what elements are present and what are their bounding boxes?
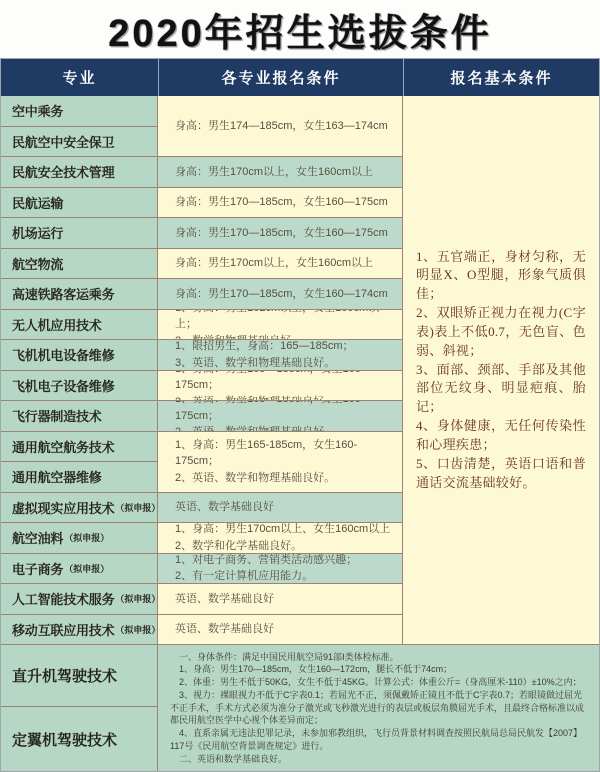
admission-table: 专业 各专业报名条件 报名基本条件 空中乘务 民航空中安全保卫 民航安全技术管理…: [0, 58, 600, 772]
condition-cell: 身高：男生170cm以上，女生160cm以上: [158, 157, 403, 188]
major-name: 通用航空器维修: [12, 467, 102, 486]
major-name: 人工智能技术服务: [12, 589, 114, 608]
major-name: 民航安全技术管理: [12, 162, 114, 181]
condition-cell: 1、限招男生，身高：165—185cm； 3、英语、数学和物理基础良好。: [158, 340, 403, 371]
page: 2020年招生选拔条件 专业 各专业报名条件 报名基本条件 空中乘务 民航空中安…: [0, 0, 600, 772]
pilot-major-cell: 直升机驾驶技术: [1, 645, 158, 707]
condition-cell: 1、身高：男生162cm以上，女生160cm以上； 2、数学和物理基础良好。: [158, 310, 403, 341]
table-body: 空中乘务 民航空中安全保卫 民航安全技术管理 民航运输 机场运行 航空物流 高速…: [1, 96, 599, 645]
major-name: 通用航空航务技术: [12, 437, 114, 456]
major-tag: （拟申报）: [115, 501, 158, 514]
major-name: 移动互联应用技术: [12, 620, 114, 639]
basic-conditions-cell: 1、五官端正，身材匀称，无明显X、O型腿，形象气质俱佳； 2、双眼矫正视力在视力…: [403, 96, 599, 645]
major-name: 无人机应用技术: [12, 315, 102, 334]
major-cell: 空中乘务: [1, 96, 158, 127]
major-cell: 无人机应用技术: [1, 310, 158, 341]
major-cell: 民航空中安全保卫: [1, 127, 158, 158]
major-cell: 通用航空器维修: [1, 462, 158, 493]
condition-cell: 身高：男生170—185cm，女生160—175cm: [158, 218, 403, 249]
condition-cell: 身高：男生170—185cm，女生160—174cm: [158, 279, 403, 310]
major-cell: 机场运行: [1, 218, 158, 249]
major-cell: 飞行器制造技术: [1, 401, 158, 432]
major-name: 飞机电子设备维修: [12, 376, 114, 395]
major-name: 飞行器制造技术: [12, 406, 102, 425]
major-tag: （拟申报）: [115, 623, 158, 636]
major-cell: 高速铁路客运乘务: [1, 279, 158, 310]
major-cell: 飞机电子设备维修: [1, 371, 158, 402]
condition-cell: 1、身高：男生170cm以上、女生160cm以上 2、数学和化学基础良好。: [158, 523, 403, 554]
major-cell: 虚拟现实应用技术（拟申报）: [1, 493, 158, 524]
major-cell: 航空物流: [1, 249, 158, 280]
condition-cell: 1、对电子商务、营销类活动感兴趣； 2、有一定计算机应用能力。: [158, 554, 403, 585]
major-name: 飞机机电设备维修: [12, 345, 114, 364]
major-name: 高速铁路客运乘务: [12, 284, 114, 303]
major-tag: （拟申报）: [64, 562, 109, 575]
major-tag: （拟申报）: [64, 531, 109, 544]
condition-cell: 身高：男生174—185cm，女生163—174cm: [158, 96, 403, 157]
major-name: 虚拟现实应用技术: [12, 498, 114, 517]
major-name: 民航运输: [12, 193, 63, 212]
major-cell: 电子商务（拟申报）: [1, 554, 158, 585]
major-cell: 民航安全技术管理: [1, 157, 158, 188]
pilot-conditions-cell: 一、身体条件：满足中国民用航空局91部Ⅰ类体检标准。 1、身高：男生170—18…: [158, 645, 599, 771]
pilot-section: 直升机驾驶技术 定翼机驾驶技术 一、身体条件：满足中国民用航空局91部Ⅰ类体检标…: [1, 645, 599, 771]
condition-cell: 1、身高：男生165—185cm，女生160—175cm； 2、英语、数学和物理…: [158, 371, 403, 402]
condition-cell: 身高：男生170cm以上，女生160cm以上: [158, 249, 403, 280]
major-name: 机场运行: [12, 223, 63, 242]
col-header-basic-conditions: 报名基本条件: [403, 59, 599, 96]
pilot-major-cell: 定翼机驾驶技术: [1, 707, 158, 771]
major-cell: 民航运输: [1, 188, 158, 219]
major-cell: 通用航空航务技术: [1, 432, 158, 463]
major-name: 空中乘务: [12, 101, 63, 120]
major-name: 民航空中安全保卫: [12, 132, 114, 151]
major-cell: 移动互联应用技术（拟申报）: [1, 615, 158, 646]
major-name: 航空物流: [12, 254, 63, 273]
major-cell: 飞机机电设备维修: [1, 340, 158, 371]
major-name: 电子商务: [12, 559, 63, 578]
page-title: 2020年招生选拔条件: [0, 0, 600, 58]
table-header-row: 专业 各专业报名条件 报名基本条件: [1, 59, 599, 96]
col-header-major: 专业: [1, 59, 158, 96]
major-cell: 人工智能技术服务（拟申报）: [1, 584, 158, 615]
condition-cell: 英语、数学基础良好: [158, 493, 403, 524]
condition-cell: 1、身高：男生165—185cm，女生160—175cm； 2、英语、数学和物理…: [158, 401, 403, 432]
major-tag: （拟申报）: [115, 592, 158, 605]
condition-cell: 英语、数学基础良好: [158, 615, 403, 646]
condition-cell: 英语、数学基础良好: [158, 584, 403, 615]
condition-cell: 1、身高：男生165-185cm，女生160-175cm； 2、英语、数学和物理…: [158, 432, 403, 493]
condition-cell: 身高：男生170—185cm，女生160—175cm: [158, 188, 403, 219]
col-header-per-major-conditions: 各专业报名条件: [158, 59, 403, 96]
major-cell: 航空油料（拟申报）: [1, 523, 158, 554]
major-name: 航空油料: [12, 528, 63, 547]
